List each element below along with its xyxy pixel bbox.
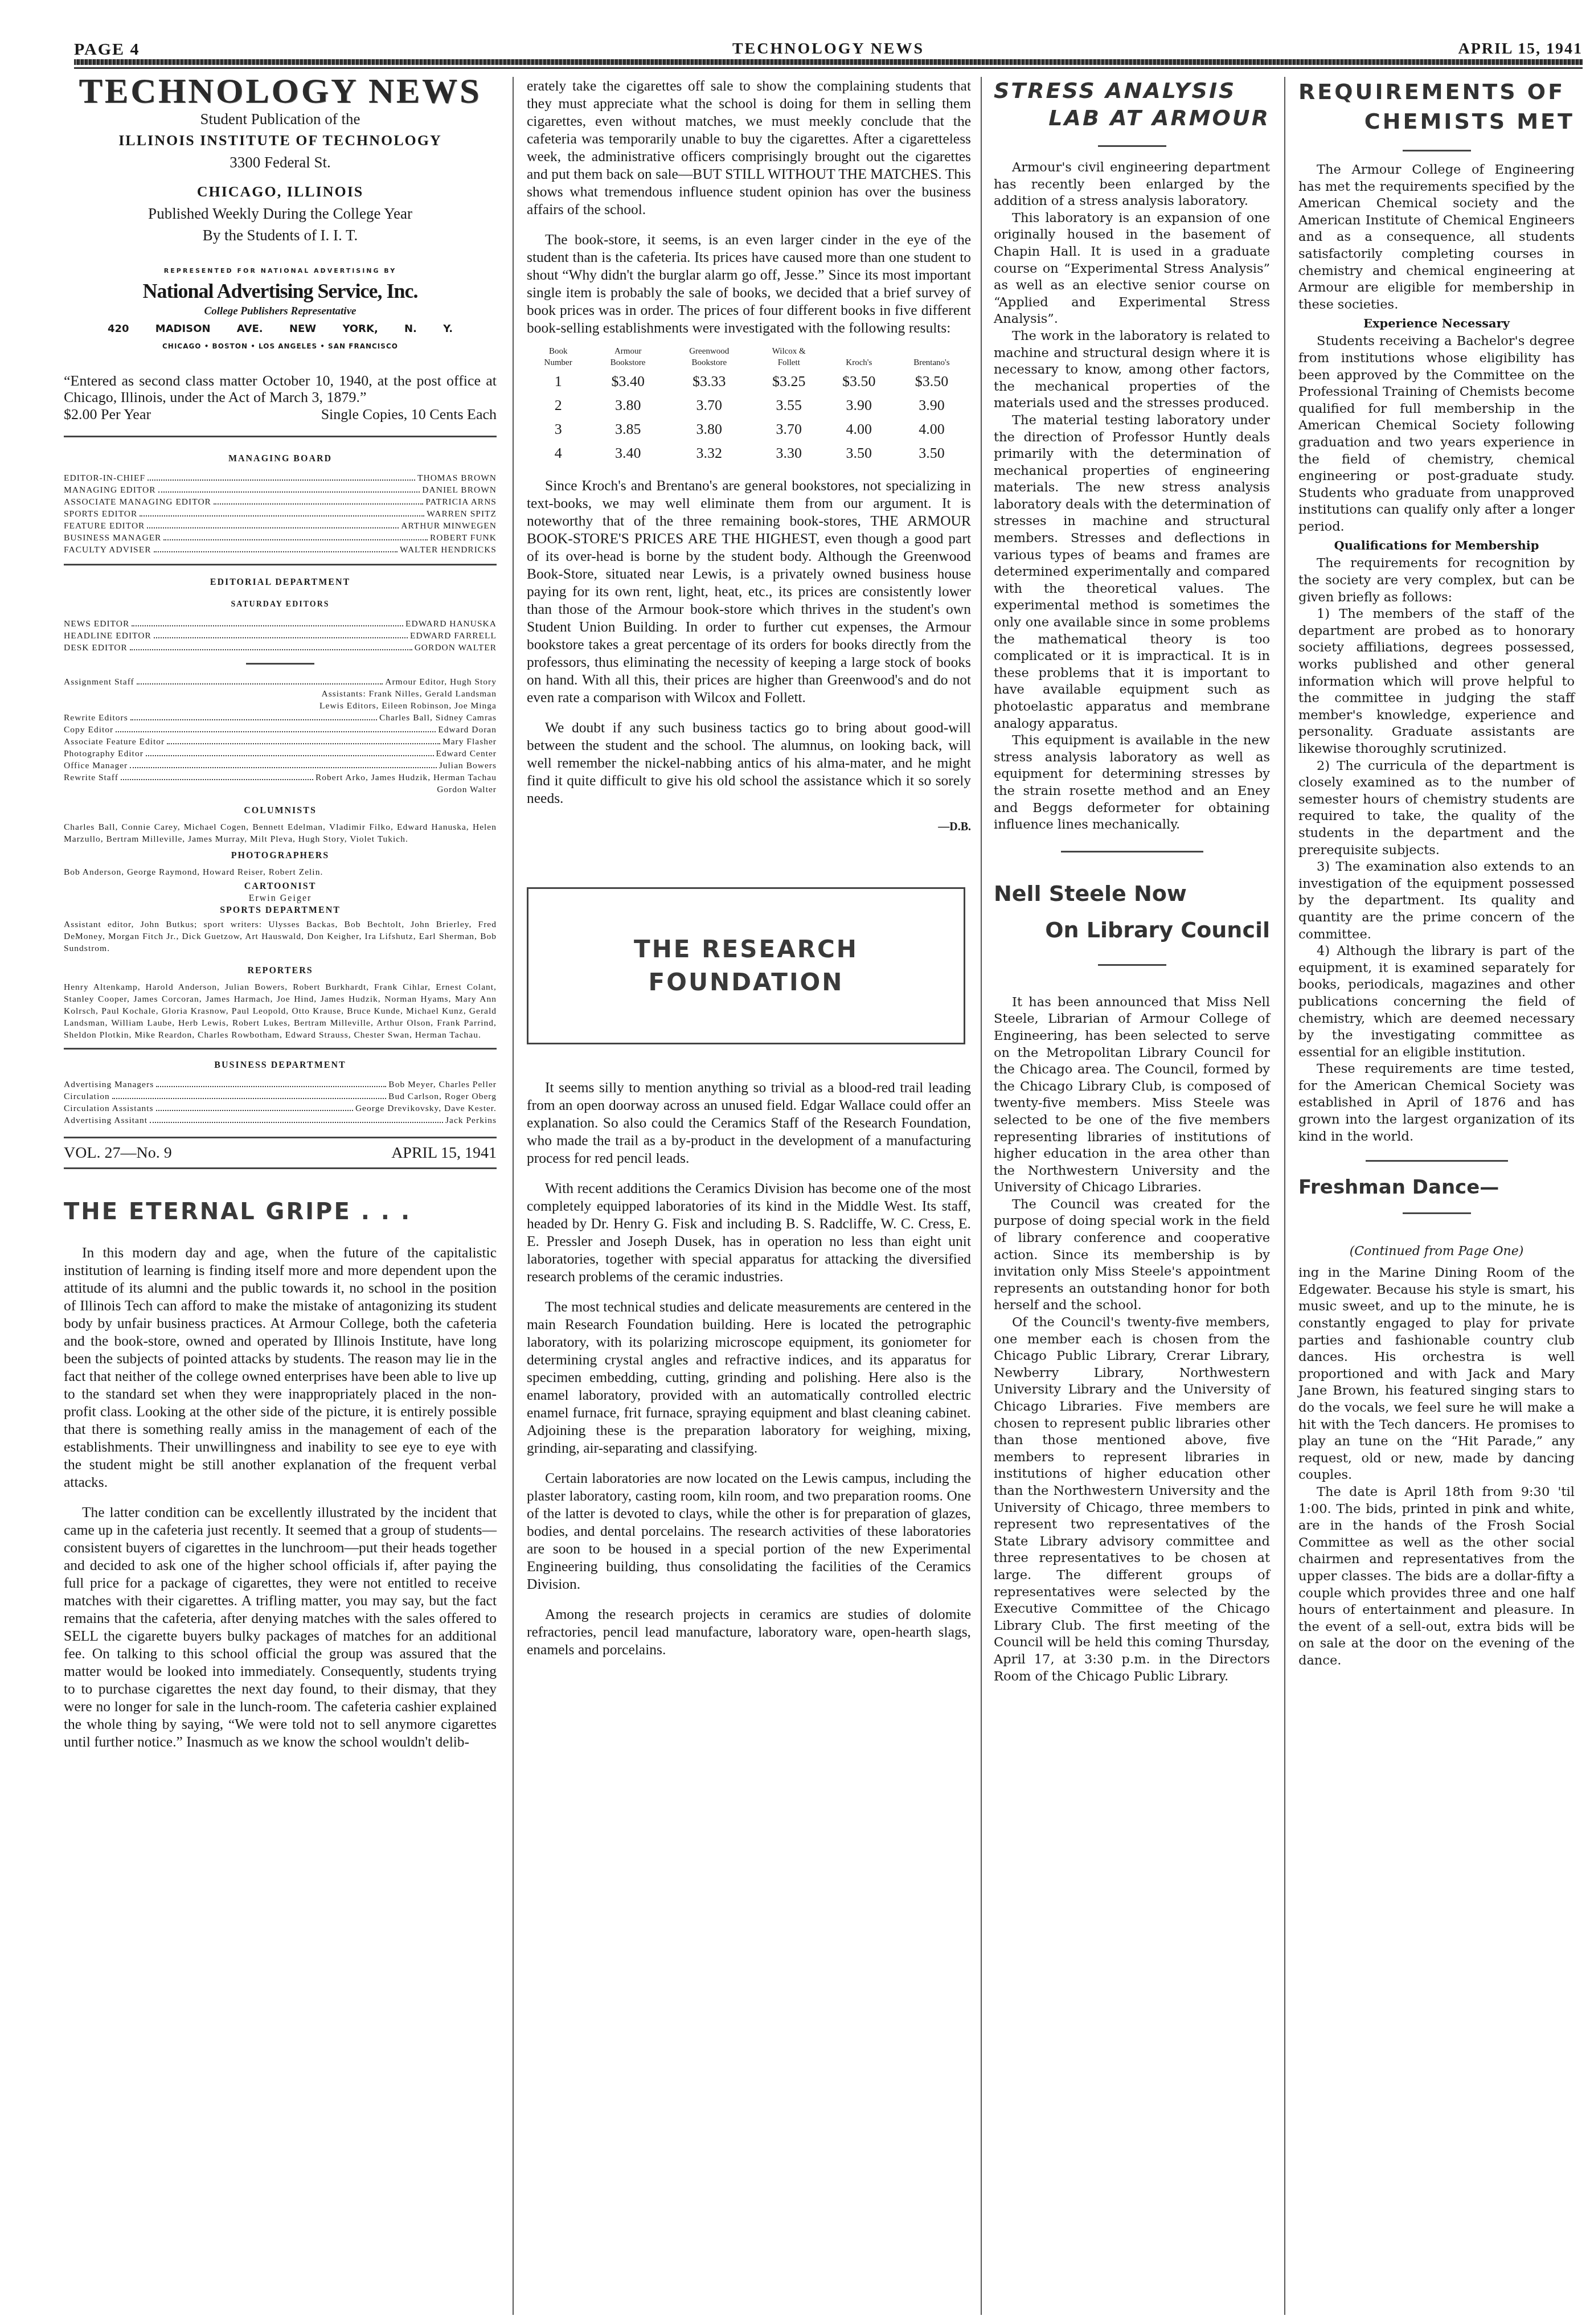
article-paragraph: The most technical studies and delicate … <box>527 1298 971 1457</box>
staff-row: Managing EditorDaniel Brown <box>64 484 497 496</box>
research-foundation-headline-box: THE RESEARCH FOUNDATION <box>527 887 965 1044</box>
staff-row: Feature EditorArthur Minwegen <box>64 520 497 532</box>
photographers-list: Bob Anderson, George Raymond, Howard Rei… <box>64 866 497 878</box>
cartoonist-heading: CARTOONIST <box>64 880 497 892</box>
article-paragraph: This laboratory is an expansion of one o… <box>994 210 1270 328</box>
masthead-title: TECHNOLOGY NEWS <box>64 83 497 100</box>
running-title: TECHNOLOGY NEWS <box>74 40 1583 58</box>
table-row: 43.403.323.303.503.50 <box>527 441 971 465</box>
staff-row: Assignment StaffArmour Editor, Hugh Stor… <box>64 676 497 688</box>
editorial-staff-list: Assignment StaffArmour Editor, Hugh Stor… <box>64 676 497 1041</box>
column-3: STRESS ANALYSIS LAB AT ARMOUR Armour's c… <box>994 77 1270 1685</box>
article-paragraph: 3) The examination also extends to an in… <box>1298 859 1575 943</box>
article-paragraph: With recent additions the Ceramics Divis… <box>527 1179 971 1285</box>
headline-chemists-line2: CHEMISTS MET <box>1298 106 1575 136</box>
managing-board-list: Editor-in-ChiefThomas Brown Managing Edi… <box>64 472 497 556</box>
editorial-heading: EDITORIAL DEPARTMENT <box>64 573 497 591</box>
book-price-table: BookNumber ArmourBookstore GreenwoodBook… <box>527 345 971 465</box>
cartoonist-name: Erwin Geiger <box>64 892 497 904</box>
header-rule <box>74 59 1583 65</box>
header-date: APRIL 15, 1941 <box>1458 40 1583 58</box>
sports-staff-list: Assistant editor, John Butkus; sport wri… <box>64 919 497 954</box>
subscription-price: $2.00 Per Year <box>64 405 151 423</box>
staff-row: CirculationBud Carlson, Roger Oberg <box>64 1091 497 1102</box>
author-signature: —D.B. <box>527 818 971 836</box>
article-paragraph: It has been announced that Miss Nell Ste… <box>994 994 1270 1196</box>
masthead-institution: ILLINOIS INSTITUTE OF TECHNOLOGY <box>64 130 497 151</box>
columnists-list: Charles Ball, Connie Carey, Michael Coge… <box>64 821 497 845</box>
divider <box>1061 851 1203 852</box>
article-paragraph: The date is April 18th from 9:30 'til 1:… <box>1298 1484 1575 1670</box>
article-paragraph: The material testing laboratory under th… <box>994 412 1270 732</box>
divider <box>1098 964 1166 966</box>
ad-rep-label: REPRESENTED FOR NATIONAL ADVERTISING BY <box>64 262 497 280</box>
headline-nell-line1: Nell Steele Now <box>994 875 1270 912</box>
table-header-row: BookNumber ArmourBookstore GreenwoodBook… <box>527 345 971 370</box>
staff-row: Business ManagerRobert Funk <box>64 532 497 544</box>
masthead: TECHNOLOGY NEWS Student Publication of t… <box>64 83 497 246</box>
staff-row: Circulation AssistantsGeorge Drevikovsky… <box>64 1102 497 1114</box>
article-paragraph: In this modern day and age, when the fut… <box>64 1244 497 1491</box>
staff-row: Advertising AssitantJack Perkins <box>64 1114 497 1126</box>
column-divider <box>513 77 514 2315</box>
headline-nell-line2: On Library Council <box>994 912 1270 948</box>
masthead-published: Published Weekly During the College Year <box>64 203 497 224</box>
table-row: 23.803.703.553.903.90 <box>527 394 971 417</box>
headline-stress-line2: LAB AT ARMOUR <box>994 104 1270 132</box>
staff-row-continued: Gordon Walter <box>64 784 497 796</box>
ad-rep-company: National Advertising Service, Inc. <box>64 280 497 302</box>
article-paragraph: Certain laboratories are now located on … <box>527 1469 971 1593</box>
column-header: GreenwoodBookstore <box>666 345 752 370</box>
article-paragraph: ing in the Marine Dining Room of the Edg… <box>1298 1265 1575 1484</box>
article-paragraph: Among the research projects in ceramics … <box>527 1605 971 1658</box>
column-header: Brentano's <box>892 345 971 370</box>
headline-eternal-gripe: THE ETERNAL GRIPE . . . <box>64 1203 497 1221</box>
article-paragraph: The latter condition can be excellently … <box>64 1503 497 1751</box>
advertising-representative: REPRESENTED FOR NATIONAL ADVERTISING BY … <box>64 262 497 355</box>
article-paragraph: 2) The curricula of the department is cl… <box>1298 758 1575 859</box>
table-row: 33.853.803.704.004.00 <box>527 417 971 441</box>
article-paragraph: This equipment is available in the new s… <box>994 732 1270 834</box>
article-paragraph: The work in the laboratory is related to… <box>994 328 1270 412</box>
column-4: REQUIREMENTS OF CHEMISTS MET The Armour … <box>1298 77 1575 1670</box>
divider <box>64 436 497 437</box>
reporters-list: Henry Altenkamp, Harold Anderson, Julian… <box>64 981 497 1041</box>
article-paragraph: The Council was created for the purpose … <box>994 1196 1270 1314</box>
divider <box>1366 1160 1508 1162</box>
ad-rep-address: 420 MADISON AVE. <box>108 323 263 335</box>
continued-note: (Continued from Page One) <box>1298 1243 1575 1260</box>
single-copy-price: Single Copies, 10 Cents Each <box>321 405 497 423</box>
article-paragraph: The Armour College of Engineering has me… <box>1298 162 1575 313</box>
ad-rep-tagline: College Publishers Representative <box>64 302 497 320</box>
entry-notice: “Entered as second class matter October … <box>64 372 497 405</box>
article-paragraph: The requirements for recognition by the … <box>1298 555 1575 606</box>
column-header: Kroch's <box>826 345 892 370</box>
article-paragraph: Since Kroch's and Brentano's are general… <box>527 477 971 706</box>
volume-number: VOL. 27—No. 9 <box>64 1144 172 1162</box>
reporters-heading: REPORTERS <box>64 965 497 977</box>
subscription-row: $2.00 Per Year Single Copies, 10 Cents E… <box>64 405 497 423</box>
divider <box>1403 1212 1471 1214</box>
table-row: 1$3.40$3.33$3.25$3.50$3.50 <box>527 370 971 394</box>
headline-stress-line1: STRESS ANALYSIS <box>994 77 1270 104</box>
managing-board-heading: MANAGING BOARD <box>64 450 497 468</box>
column-2: erately take the cigarettes off sale to … <box>527 77 971 1658</box>
divider <box>1403 150 1471 151</box>
column-divider <box>981 77 982 2315</box>
subheading-experience: Experience Necessary <box>1298 314 1575 332</box>
columnists-heading: COLUMNISTS <box>64 805 497 817</box>
staff-row: Headline EditorEdward Farrell <box>64 630 497 642</box>
column-header: BookNumber <box>527 345 589 370</box>
column-divider <box>1284 77 1285 2315</box>
volume-line: VOL. 27—No. 9 APRIL 15, 1941 <box>64 1144 497 1162</box>
divider <box>246 663 314 665</box>
divider <box>64 1137 497 1138</box>
staff-row-continued: Lewis Editors, Eileen Robinson, Joe Ming… <box>64 700 497 712</box>
header-rule-thin <box>74 67 1583 69</box>
saturday-editors-heading: SATURDAY EDITORS <box>64 596 497 613</box>
article-paragraph: These requirements are time tested, for … <box>1298 1061 1575 1145</box>
staff-row: Rewrite EditorsCharles Ball, Sidney Camr… <box>64 712 497 724</box>
masthead-subtitle: Student Publication of the <box>64 108 497 130</box>
staff-row: Copy EditorEdward Doran <box>64 724 497 736</box>
staff-row: Editor-in-ChiefThomas Brown <box>64 472 497 484</box>
staff-row: News EditorEdward Hanuska <box>64 618 497 630</box>
divider <box>64 1048 497 1050</box>
staff-row: Associate Managing EditorPatricia Arns <box>64 496 497 508</box>
staff-row: Desk EditorGordon Walter <box>64 642 497 654</box>
photographers-heading: PHOTOGRAPHERS <box>64 850 497 862</box>
ad-rep-offices: CHICAGO • BOSTON • LOS ANGELES • SAN FRA… <box>64 338 497 355</box>
masthead-address: 3300 Federal St. <box>64 151 497 173</box>
headline-research-line1: THE RESEARCH <box>634 933 858 966</box>
article-paragraph: Armour's civil engineering department ha… <box>994 159 1270 210</box>
headline-freshman-dance: Freshman Dance— <box>1298 1179 1575 1196</box>
staff-row-continued: Assistants: Frank Nilles, Gerald Landsma… <box>64 688 497 700</box>
column-header: ArmourBookstore <box>589 345 666 370</box>
ad-rep-city: NEW YORK, N. Y. <box>289 323 453 335</box>
sports-heading: SPORTS DEPARTMENT <box>64 904 497 916</box>
divider <box>64 564 497 565</box>
article-paragraph: 1) The members of the staff of the depar… <box>1298 606 1575 757</box>
business-staff-list: Advertising ManagersBob Meyer, Charles P… <box>64 1079 497 1126</box>
staff-row: Rewrite StaffRobert Arko, James Hudzik, … <box>64 772 497 784</box>
headline-research-line2: FOUNDATION <box>634 966 858 999</box>
subheading-qualifications: Qualifications for Membership <box>1298 536 1575 554</box>
masthead-city: CHICAGO, ILLINOIS <box>64 181 497 203</box>
divider <box>1098 145 1166 147</box>
staff-row: Photography EditorEdward Center <box>64 748 497 760</box>
saturday-editors-list: News EditorEdward Hanuska Headline Edito… <box>64 618 497 654</box>
staff-row: Office ManagerJulian Bowers <box>64 760 497 772</box>
article-paragraph: erately take the cigarettes off sale to … <box>527 77 971 218</box>
business-heading: BUSINESS DEPARTMENT <box>64 1056 497 1074</box>
staff-row: Associate Feature EditorMary Flasher <box>64 736 497 748</box>
article-paragraph: We doubt if any such business tactics go… <box>527 719 971 807</box>
article-paragraph: Of the Council's twenty-five members, on… <box>994 1314 1270 1685</box>
article-paragraph: Students receiving a Bachelor's degree f… <box>1298 333 1575 535</box>
masthead-by: By the Students of I. I. T. <box>64 224 497 246</box>
article-paragraph: The book-store, it seems, is an even lar… <box>527 231 971 337</box>
divider <box>64 1167 497 1169</box>
column-1: TECHNOLOGY NEWS Student Publication of t… <box>64 77 497 1751</box>
volume-date: APRIL 15, 1941 <box>391 1144 497 1162</box>
staff-row: Sports EditorWarren Spitz <box>64 508 497 520</box>
article-paragraph: 4) Although the library is part of the e… <box>1298 943 1575 1061</box>
column-header: Wilcox &Follett <box>752 345 826 370</box>
staff-row: Faculty AdviserWalter Hendricks <box>64 544 497 556</box>
staff-row: Advertising ManagersBob Meyer, Charles P… <box>64 1079 497 1091</box>
article-paragraph: It seems silly to mention anything so tr… <box>527 1079 971 1167</box>
headline-chemists-line1: REQUIREMENTS OF <box>1298 77 1575 106</box>
